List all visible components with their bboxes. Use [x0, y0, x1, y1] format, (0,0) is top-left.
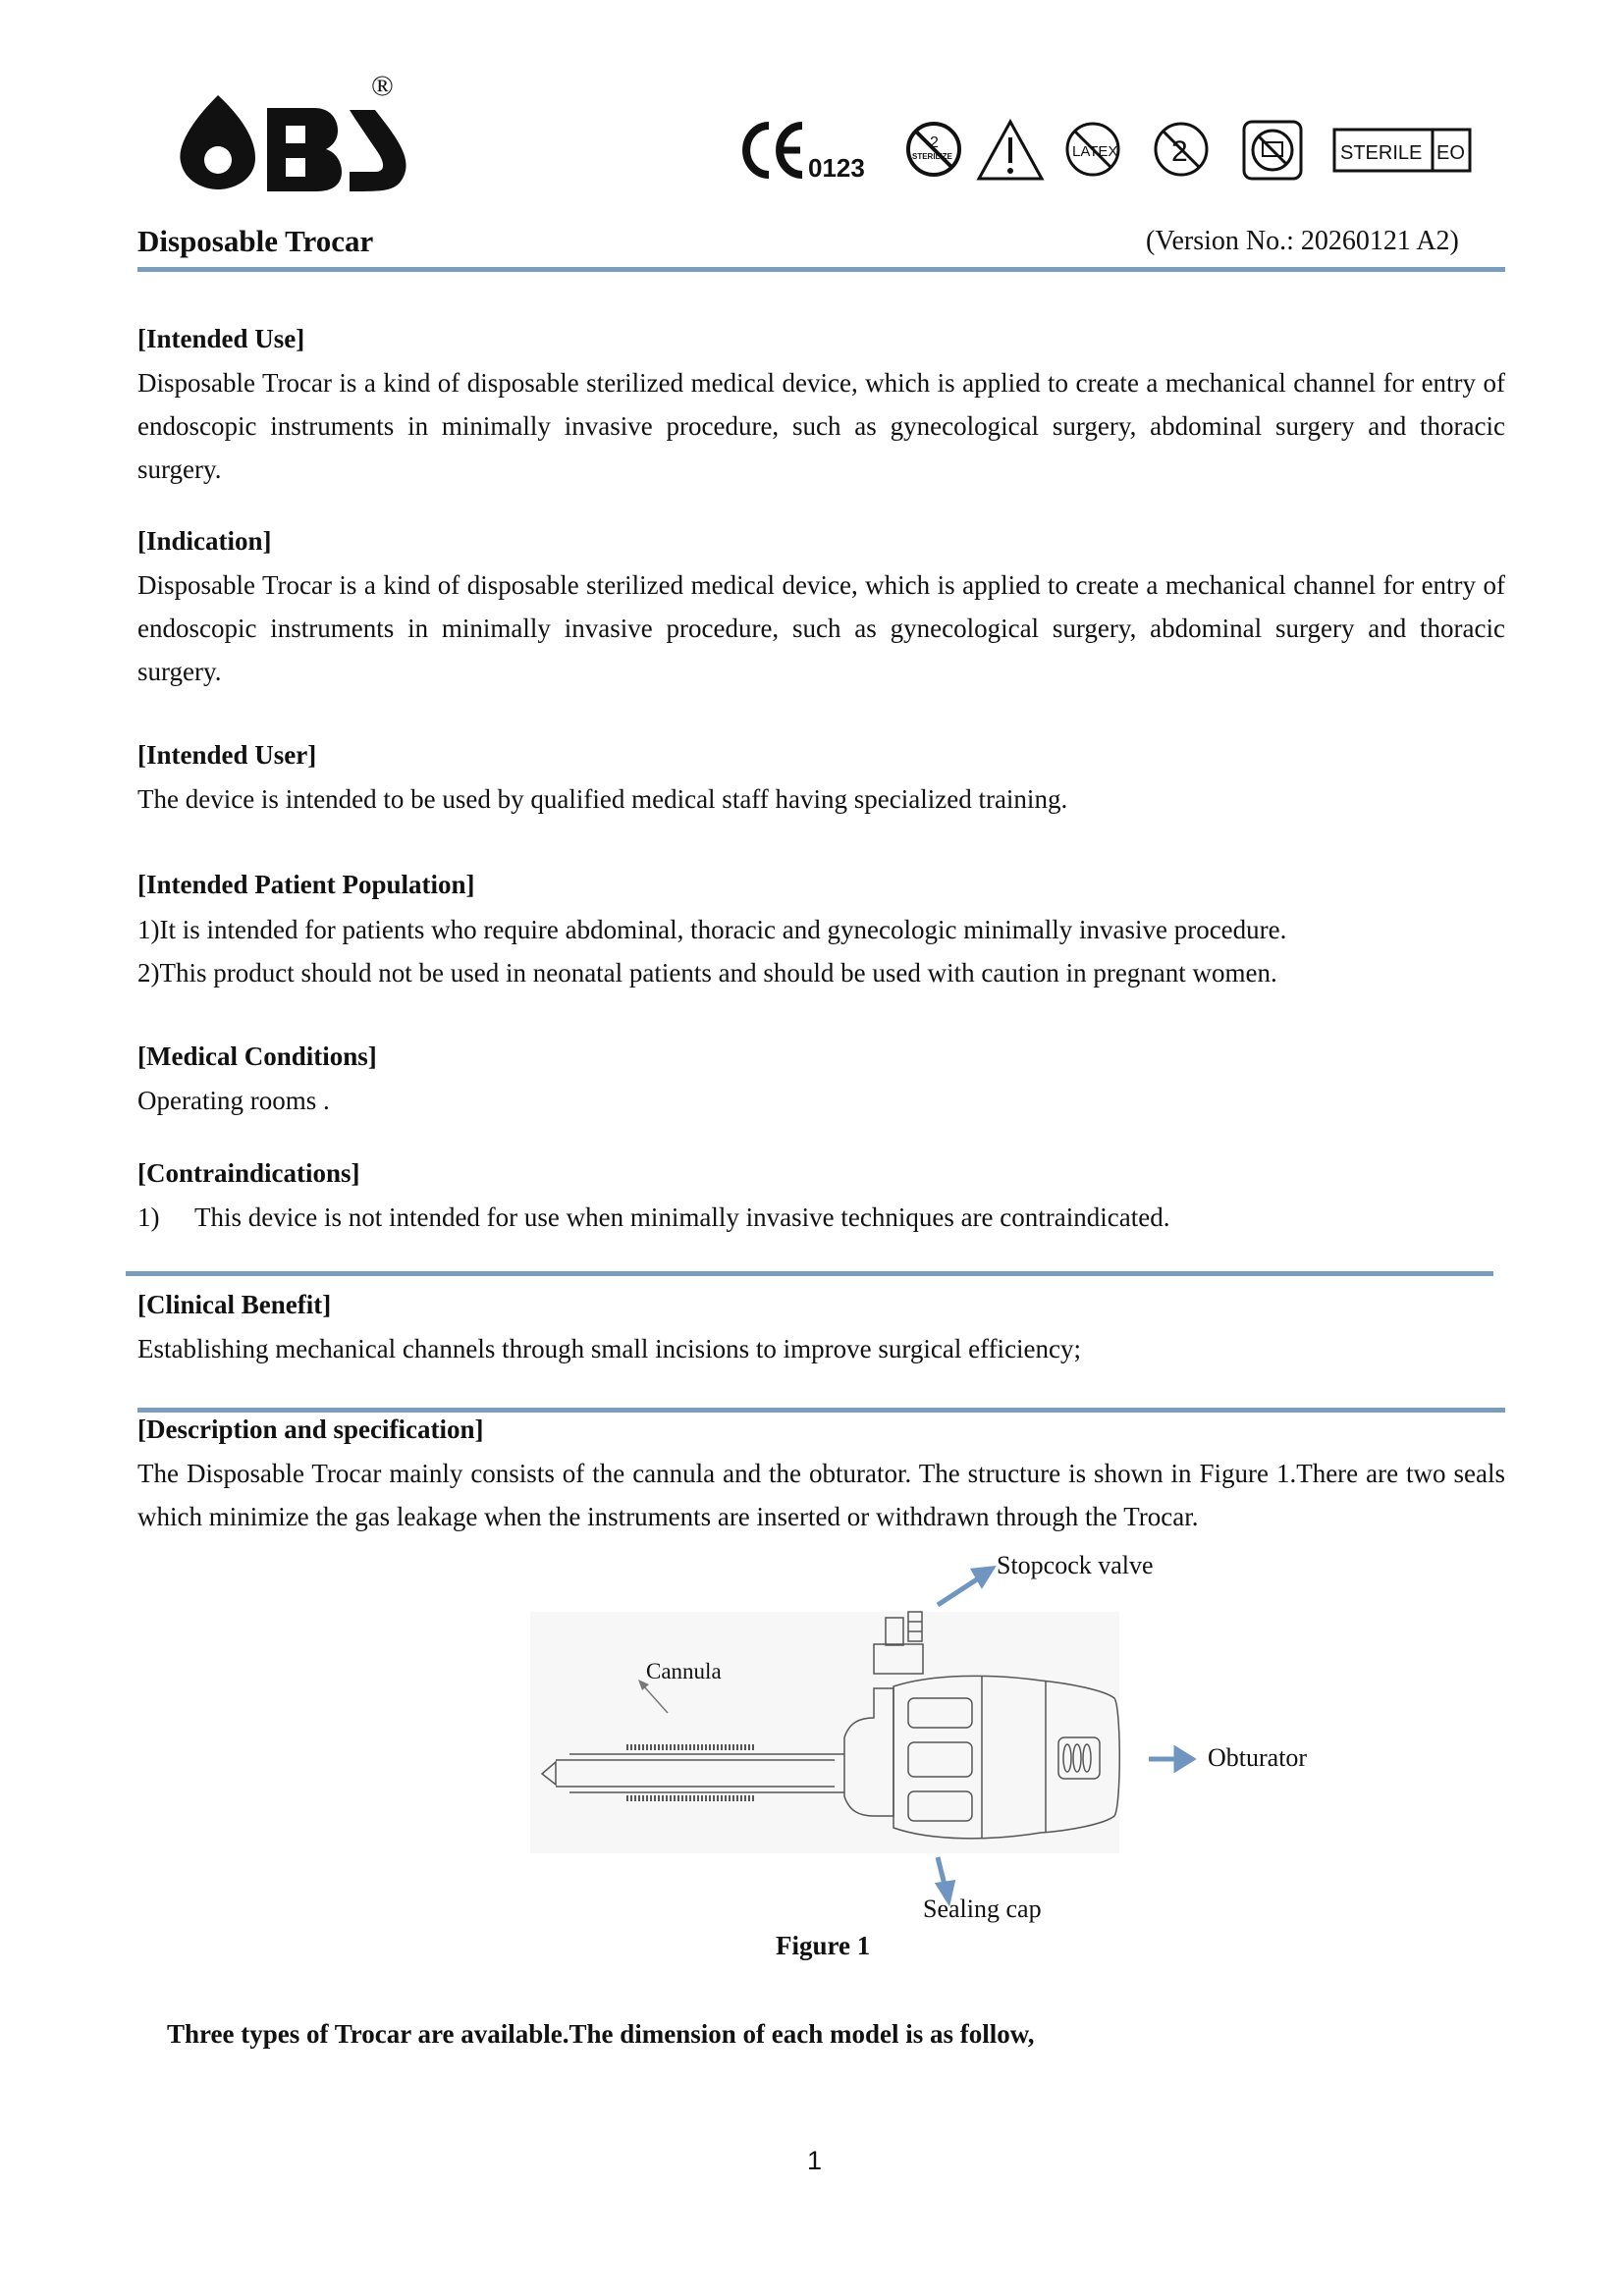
section-divider	[126, 1271, 1493, 1276]
svg-text:LATEX: LATEX	[1072, 143, 1117, 160]
certification-icons: 0123 2 STERILIZE LATEX 2	[741, 116, 1488, 185]
contraindication-number: 1)	[137, 1202, 160, 1233]
label-stopcock-valve: Stopcock valve	[997, 1551, 1154, 1580]
heading-description: [Description and specification]	[137, 1415, 483, 1445]
text-indication: Disposable Trocar is a kind of disposabl…	[137, 563, 1505, 693]
stopcock-arrow	[938, 1569, 992, 1605]
header-divider	[137, 267, 1505, 272]
contraindication-text: This device is not intended for use when…	[194, 1202, 1169, 1233]
heading-clinical-benefit: [Clinical Benefit]	[137, 1290, 331, 1320]
heading-patient-population: [Intended Patient Population]	[137, 870, 475, 900]
patient-population-item: 2)This product should not be used in neo…	[137, 958, 1277, 988]
label-sealing-cap: Sealing cap	[923, 1895, 1042, 1924]
text-intended-user: The device is intended to be used by qua…	[137, 777, 1505, 821]
heading-contraindications: [Contraindications]	[137, 1158, 360, 1189]
svg-text:2: 2	[1171, 135, 1188, 168]
svg-text:0123: 0123	[808, 153, 865, 183]
label-cannula: Cannula	[646, 1659, 722, 1684]
svg-text:STERILE: STERILE	[1340, 142, 1422, 164]
caution-icon	[979, 122, 1042, 179]
heading-intended-use: [Intended Use]	[137, 324, 304, 354]
registered-mark: ®	[371, 70, 394, 103]
text-clinical-benefit: Establishing mechanical channels through…	[137, 1327, 1505, 1370]
heading-medical-conditions: [Medical Conditions]	[137, 1041, 377, 1072]
label-obturator: Obturator	[1208, 1743, 1307, 1773]
patient-population-item: 1)It is intended for patients who requir…	[137, 915, 1286, 945]
obturator-arrow	[1149, 1749, 1192, 1769]
do-not-use-if-package-damaged-icon	[1244, 122, 1301, 179]
heading-indication: [Indication]	[137, 526, 272, 557]
sterile-eo-icon: STERILE EO	[1334, 130, 1470, 171]
document-title: Disposable Trocar	[137, 224, 373, 259]
do-not-reuse-icon: 2	[1156, 124, 1207, 175]
heading-intended-user: [Intended User]	[137, 740, 316, 771]
do-not-resterilize-icon: 2 STERILIZE	[908, 124, 959, 175]
svg-text:2: 2	[930, 134, 939, 151]
text-description: The Disposable Trocar mainly consists of…	[137, 1452, 1505, 1538]
version-number: (Version No.: 20260121 A2)	[1146, 226, 1459, 257]
summary-text: Three types of Trocar are available.The …	[167, 2019, 1035, 2050]
obs-logo: ®	[157, 74, 412, 196]
ce-mark-icon: 0123	[746, 126, 865, 183]
section-divider	[137, 1408, 1505, 1413]
text-intended-use: Disposable Trocar is a kind of disposabl…	[137, 361, 1505, 491]
page-number: 1	[807, 2146, 822, 2176]
text-medical-conditions: Operating rooms .	[137, 1079, 1505, 1122]
figure-caption: Figure 1	[776, 1931, 870, 1961]
latex-free-icon: LATEX	[1067, 124, 1118, 175]
trocar-figure: Stopcock valve Cannula Obturator Sealing…	[520, 1551, 1345, 1914]
svg-text:EO: EO	[1436, 142, 1465, 164]
svg-text:STERILIZE: STERILIZE	[912, 152, 953, 161]
